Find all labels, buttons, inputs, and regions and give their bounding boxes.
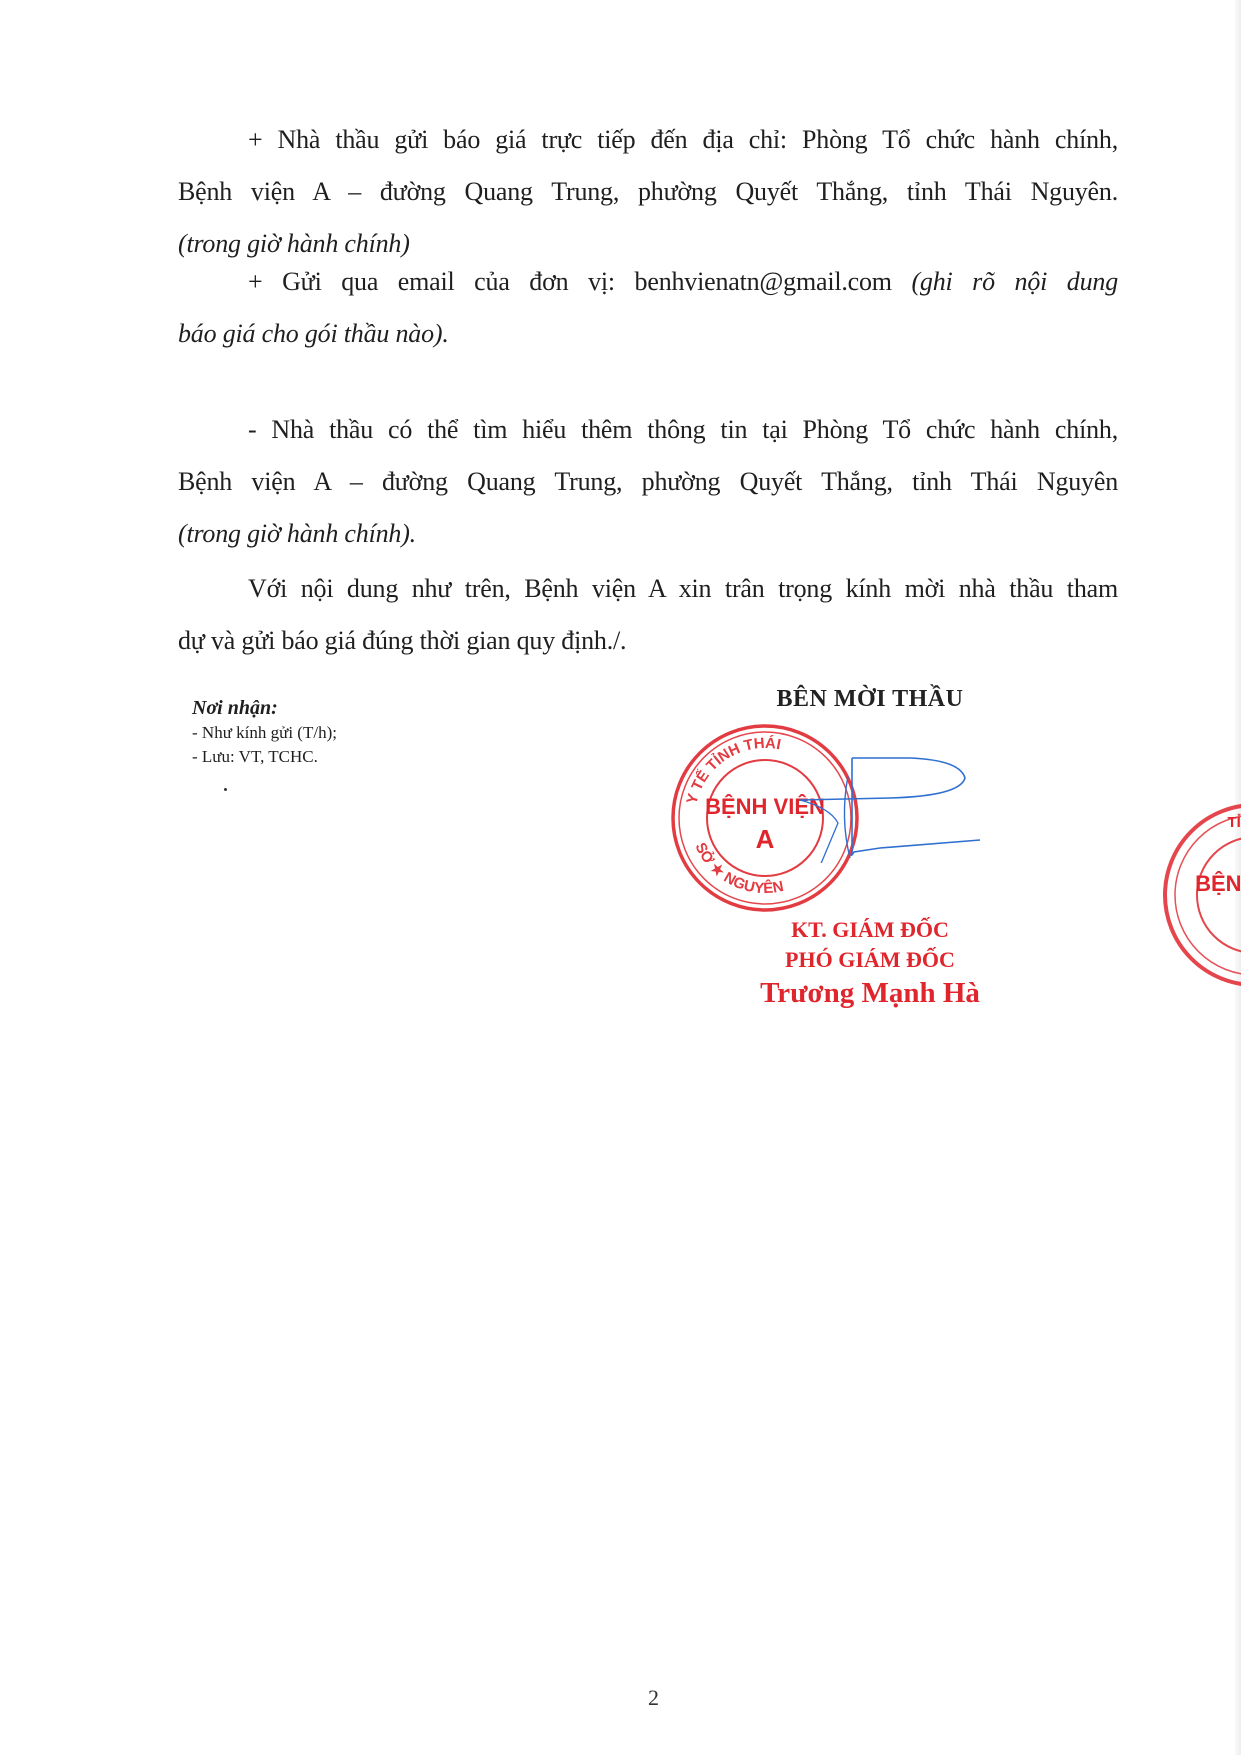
- text-line: dự và gửi báo giá đúng thời gian quy địn…: [178, 615, 1118, 667]
- text-line: Bệnh viện A – đường Quang Trung, phường …: [178, 166, 1118, 218]
- svg-text:A: A: [756, 824, 775, 854]
- partial-stamp-icon: TỈNH BỆNH VIỆN A ★: [1160, 795, 1241, 995]
- italic-note: báo giá cho gói thầu nào).: [178, 319, 449, 348]
- signer-block: KT. GIÁM ĐỐC PHÓ GIÁM ĐỐC Trương Mạnh Hà: [700, 915, 1040, 1011]
- recipient-item: - Lưu: VT, TCHC.: [192, 745, 337, 769]
- recipients-title: Nơi nhận:: [192, 695, 337, 721]
- signer-name: Trương Mạnh Hà: [700, 975, 1040, 1011]
- paragraph-closing: Với nội dung như trên, Bệnh viện A xin t…: [178, 563, 1118, 667]
- signature-header: BÊN MỜI THẦU: [700, 686, 1040, 713]
- italic-note: (trong giờ hành chính): [178, 229, 410, 258]
- svg-text:BỆNH VIỆN: BỆNH VIỆN: [1195, 871, 1241, 896]
- recipients-block: Nơi nhận: - Như kính gửi (T/h); - Lưu: V…: [192, 695, 337, 769]
- signer-role-2: PHÓ GIÁM ĐỐC: [700, 945, 1040, 975]
- text-line: - Nhà thầu có thể tìm hiểu thêm thông ti…: [178, 404, 1118, 456]
- paragraph-direct-submission: + Nhà thầu gửi báo giá trực tiếp đến địa…: [178, 114, 1118, 270]
- paragraph-email-submission: + Gửi qua email của đơn vị: benhvienatn@…: [178, 256, 1118, 360]
- handwritten-signature-icon: [780, 748, 1000, 863]
- text-line: báo giá cho gói thầu nào).: [178, 308, 1118, 360]
- svg-text:TỈNH: TỈNH: [1228, 814, 1241, 831]
- text-line: Với nội dung như trên, Bệnh viện A xin t…: [178, 563, 1118, 615]
- paragraph-more-info: - Nhà thầu có thể tìm hiểu thêm thông ti…: [178, 404, 1118, 560]
- email-text: + Gửi qua email của đơn vị: benhvienatn@…: [248, 267, 911, 296]
- text-line: + Nhà thầu gửi báo giá trực tiếp đến địa…: [178, 114, 1118, 166]
- text-line: + Gửi qua email của đơn vị: benhvienatn@…: [178, 256, 1118, 308]
- stray-dot: [224, 788, 227, 791]
- signer-role-1: KT. GIÁM ĐỐC: [700, 915, 1040, 945]
- page-number: 2: [648, 1685, 659, 1711]
- italic-note: (trong giờ hành chính).: [178, 519, 416, 548]
- text-line: Bệnh viện A – đường Quang Trung, phường …: [178, 456, 1118, 508]
- text-line: (trong giờ hành chính).: [178, 508, 1118, 560]
- recipient-item: - Như kính gửi (T/h);: [192, 721, 337, 745]
- inviter-label: BÊN MỜI THẦU: [700, 686, 1040, 713]
- italic-note: (ghi rõ nội dung: [911, 267, 1118, 296]
